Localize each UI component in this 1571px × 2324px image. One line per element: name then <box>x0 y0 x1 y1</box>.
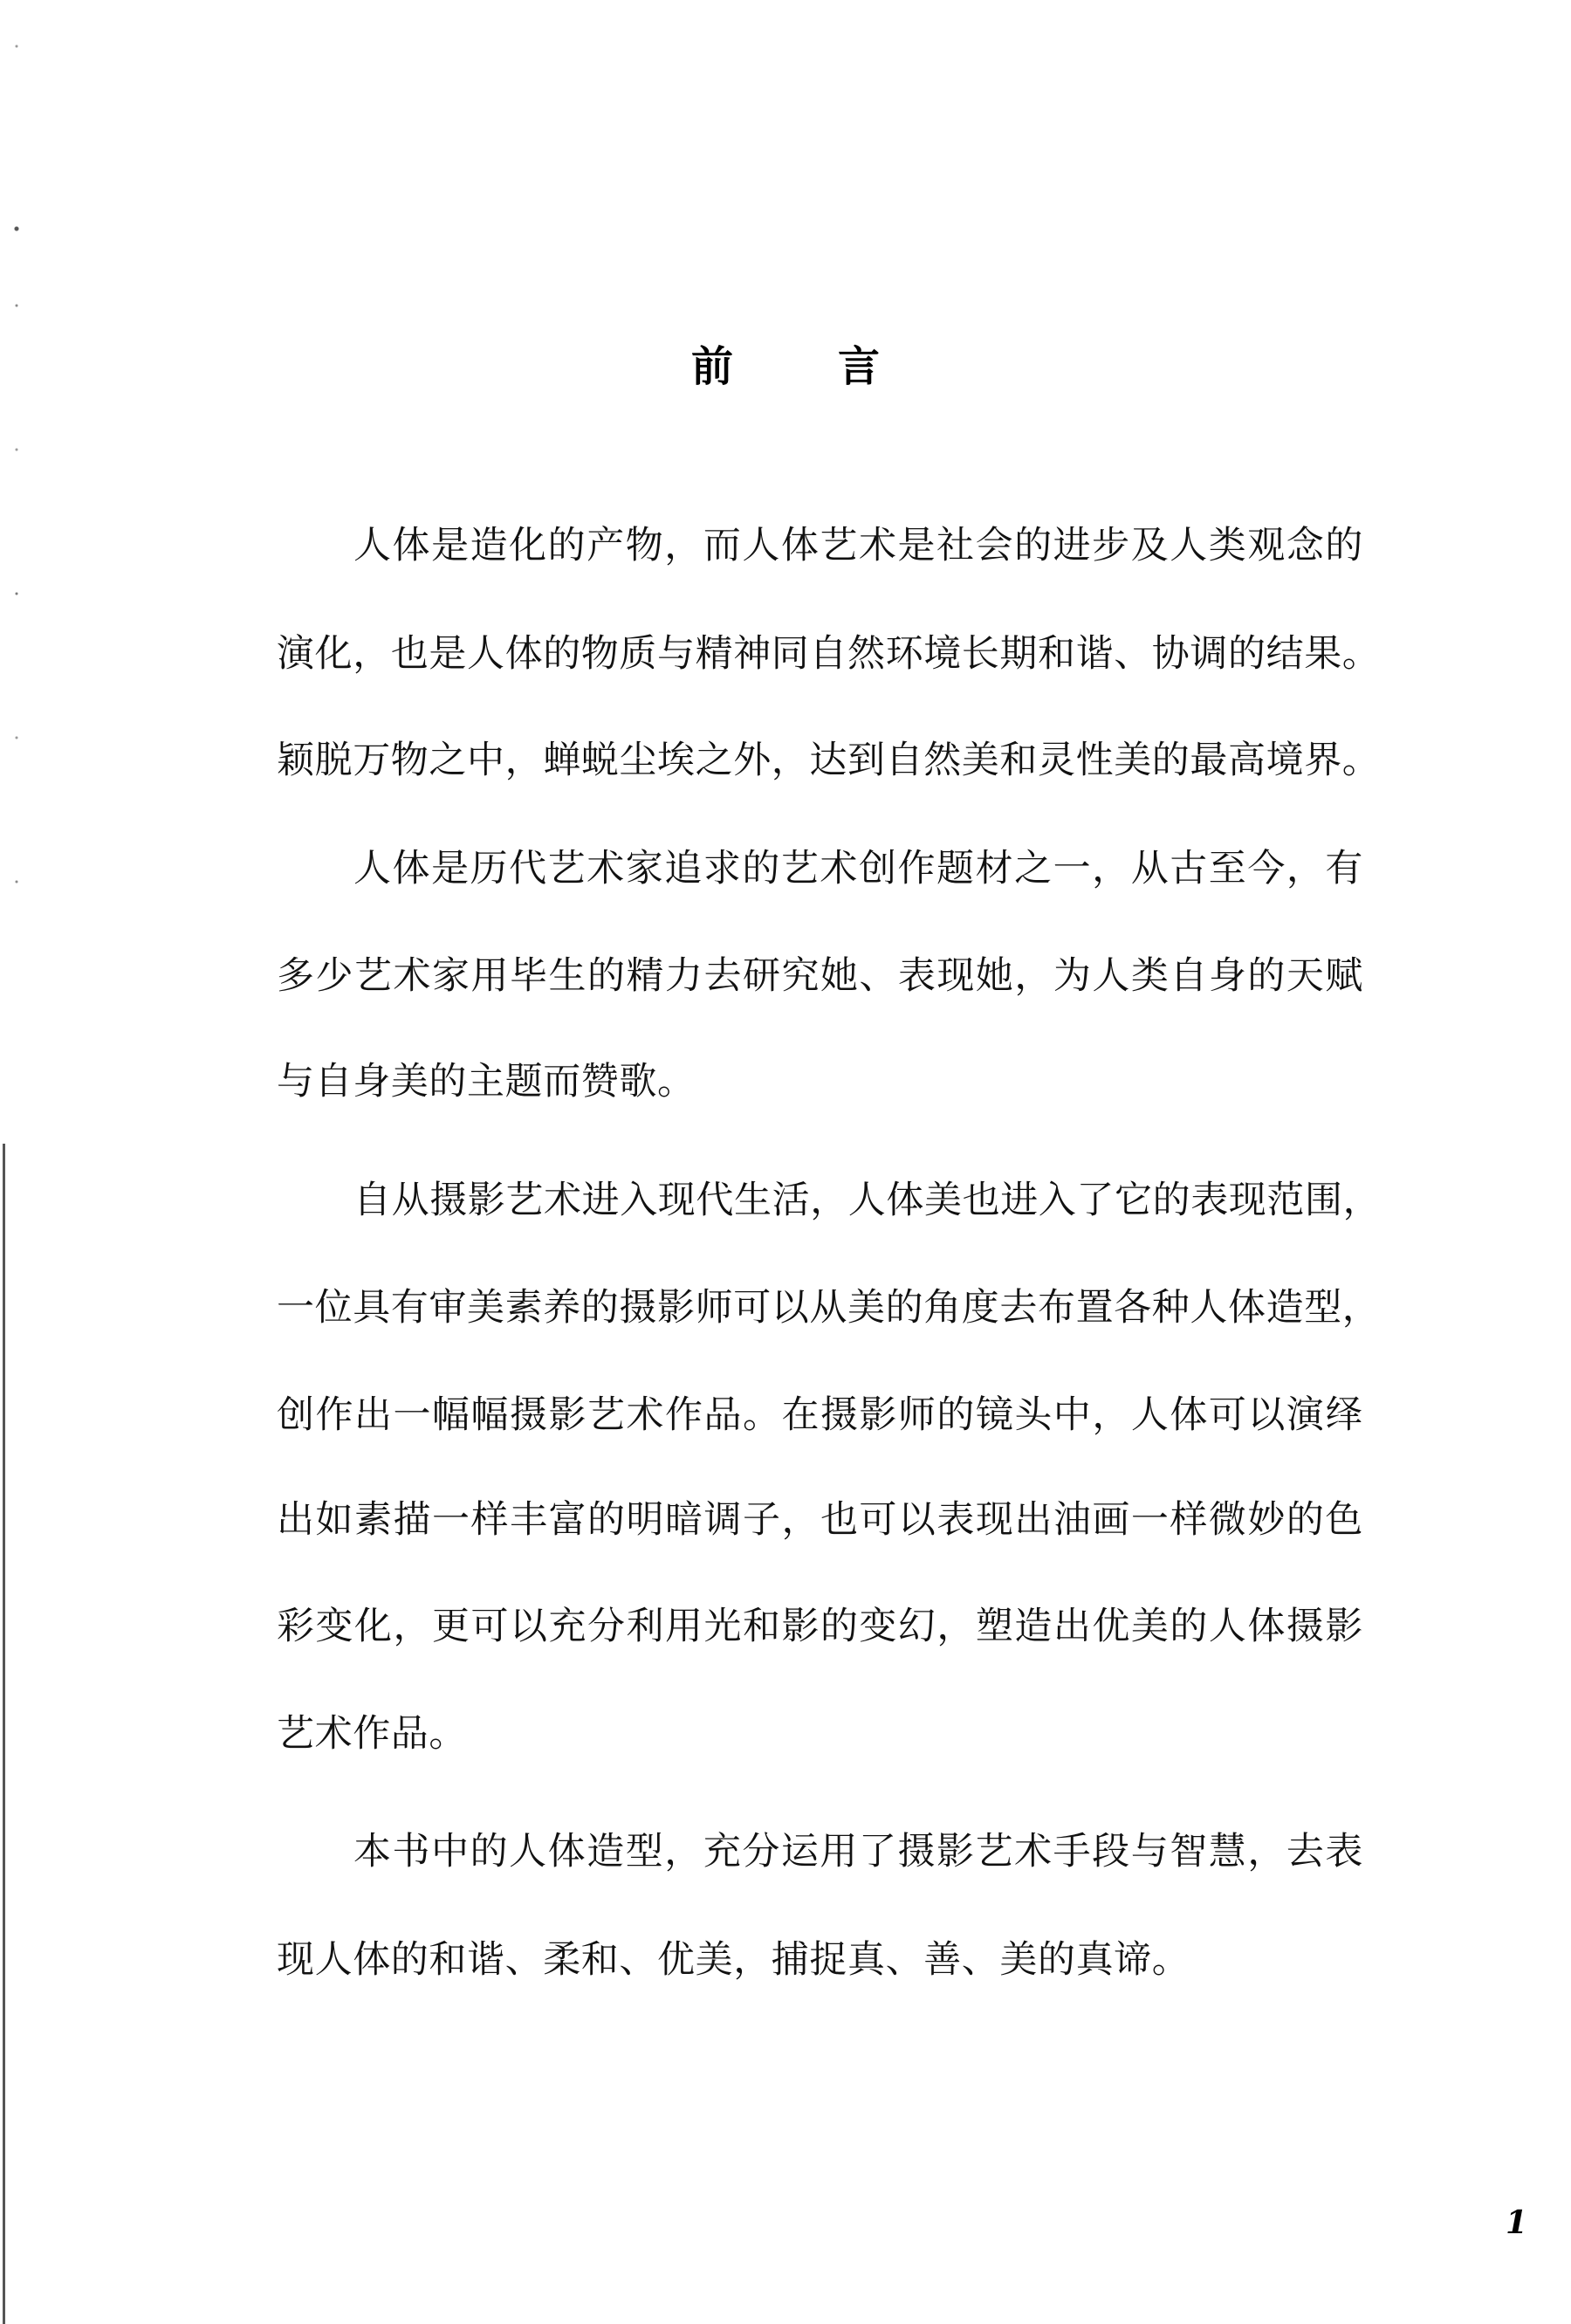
paragraph-line: 人体是造化的产物，而人体艺术是社会的进步及人类观念的 <box>353 524 1363 567</box>
paragraph-line: 多少艺术家用毕生的精力去研究她、表现她，为人类自身的天赋 <box>277 954 1363 998</box>
paragraph-line: 颖脱万物之中，蝉蜕尘埃之外，达到自然美和灵性美的最高境界。 <box>277 739 1363 782</box>
paragraph-line: 演化，也是人体的物质与精神同自然环境长期和谐、协调的结果。 <box>277 632 1363 676</box>
document-page: 前 言 人体是造化的产物，而人体艺术是社会的进步及人类观念的 演化，也是人体的物… <box>0 0 1571 2324</box>
title-char-2: 言 <box>838 336 880 397</box>
paragraph-line: 本书中的人体造型，充分运用了摄影艺术手段与智慧，去表 <box>353 1830 1363 1874</box>
title-char-1: 前 <box>691 336 733 397</box>
paragraph-line: 人体是历代艺术家追求的艺术创作题材之一，从古至今，有 <box>353 847 1363 890</box>
paragraph-line: 一位具有审美素养的摄影师可以从美的角度去布置各种人体造型， <box>277 1286 1363 1330</box>
page-title: 前 言 <box>0 336 1571 397</box>
scan-artifact-specks <box>12 17 21 978</box>
page-number: 1 <box>1506 2204 1527 2241</box>
paragraph-line: 现人体的和谐、柔和、优美，捕捉真、善、美的真谛。 <box>277 1938 1363 1982</box>
paragraph-line: 彩变化，更可以充分利用光和影的变幻，塑造出优美的人体摄影 <box>277 1605 1363 1648</box>
paragraph-line: 自从摄影艺术进入现代生活，人体美也进入了它的表现范围， <box>353 1179 1363 1222</box>
scan-edge-line <box>3 1144 5 2324</box>
paragraph-line: 出如素描一样丰富的明暗调子，也可以表现出油画一样微妙的色 <box>277 1498 1363 1542</box>
paragraph-line: 与自身美的主题而赞歌。 <box>277 1060 1363 1104</box>
paragraph-line: 艺术作品。 <box>277 1712 1363 1756</box>
paragraph-line: 创作出一幅幅摄影艺术作品。在摄影师的镜头中，人体可以演绎 <box>277 1393 1363 1437</box>
